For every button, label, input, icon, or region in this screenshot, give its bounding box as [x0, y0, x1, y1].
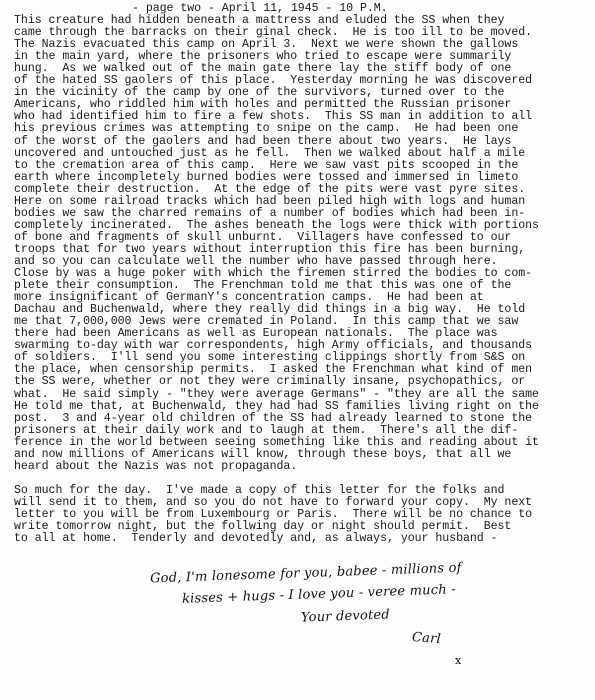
- paragraph1-line: heard about the Nazis was not propaganda…: [14, 461, 594, 473]
- paragraph1-line: prisoners at their daily work and to lau…: [14, 425, 594, 437]
- paragraph1-line: to the cremation area of this camp. Here…: [14, 160, 594, 172]
- paragraph1-line: complete their destruction. At the edge …: [14, 184, 594, 196]
- paragraph2-line: to all at home. Tenderly and devotedly a…: [14, 533, 594, 545]
- handwritten-line-2: kisses + hugs - I love you - veree much …: [182, 582, 456, 607]
- paragraph1-line: post. 3 and 4-year old children of the S…: [14, 413, 594, 425]
- paragraph1-line: of the worst of the gaolers and had been…: [14, 136, 594, 148]
- paragraph1-line: what. He said simply - "they were averag…: [14, 389, 594, 401]
- typed-letter-body: - page two - April 11, 1945 - 10 P.M. Th…: [14, 3, 594, 545]
- paragraph1-line: Here on some railroad tracks which had b…: [14, 196, 594, 208]
- handwritten-signature: Carl: [412, 630, 442, 647]
- paragraph1-line: uncovered and untouched just as he fell.…: [14, 148, 594, 160]
- paragraph1-line: earth where incompletely burned bodies w…: [14, 172, 594, 184]
- paragraph1-line: He told me that, at Buchenwald, they had…: [14, 401, 594, 413]
- paragraph1-line: his previous crimes was attempting to sn…: [14, 123, 594, 135]
- paragraph1-line: ference in the world between seeing some…: [14, 437, 594, 449]
- paragraph1-line: and now millions of Americans will know,…: [14, 449, 594, 461]
- kiss-mark: x: [455, 654, 461, 667]
- handwritten-closing: Your devoted: [301, 607, 390, 625]
- paragraph1-line: the SS were, whether or not they were cr…: [14, 376, 594, 388]
- letter-page: - page two - April 11, 1945 - 10 P.M. Th…: [0, 0, 595, 700]
- handwritten-line-1: God, I'm lonesome for you, babee - milli…: [150, 561, 462, 587]
